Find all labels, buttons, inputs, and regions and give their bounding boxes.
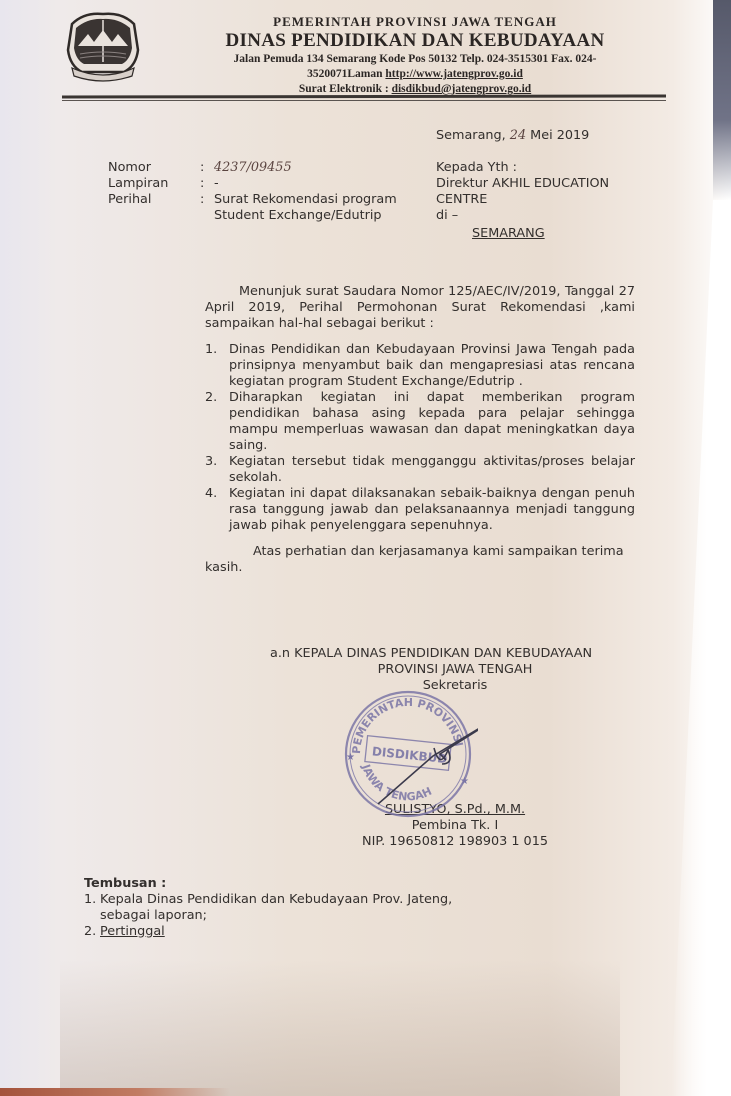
meta-row-perihal-cont: Student Exchange/Edutrip: [108, 208, 424, 224]
cc-text: Pertinggal: [100, 924, 165, 940]
list-item: 2. Diharapkan kegiatan ini dapat memberi…: [205, 390, 635, 454]
meta-label: Perihal: [108, 192, 200, 208]
signature-province: PROVINSI JAWA TENGAH: [270, 662, 640, 678]
signature-on-behalf: a.n KEPALA DINAS PENDIDIKAN DAN KEBUDAYA…: [270, 646, 640, 662]
closing-paragraph: Atas perhatian dan kerjasamanya kami sam…: [205, 544, 635, 576]
meta-sep: :: [200, 192, 214, 208]
letter-meta: Nomor : 4237/09455 Lampiran : - Perihal …: [108, 160, 424, 224]
cc-text-line2: sebagai laporan;: [100, 908, 207, 923]
letterhead-divider: [62, 94, 666, 98]
meta-value-attachment: -: [214, 176, 424, 192]
meta-row-perihal: Perihal : Surat Rekomendasi program: [108, 192, 424, 208]
meta-sep: :: [200, 176, 214, 192]
meta-row-nomor: Nomor : 4237/09455: [108, 160, 424, 176]
address-line: Jalan Pemuda 134 Semarang Kode Pos 50132…: [180, 52, 650, 67]
letterhead: PEMERINTAH PROVINSI JAWA TENGAH DINAS PE…: [180, 14, 650, 97]
cc-number: 2.: [84, 924, 100, 940]
meta-value-subject-cont: Student Exchange/Edutrip: [214, 208, 424, 224]
official-stamp-icon: PEMERINTAH PROVINSI JAWA TENGAH DISDIKBU…: [338, 684, 478, 824]
closing-text: Atas perhatian dan kerjasamanya kami sam…: [205, 544, 624, 575]
date-day-handwritten: 24: [510, 128, 526, 143]
addressee-city: SEMARANG: [472, 226, 609, 242]
svg-text:★: ★: [460, 776, 469, 787]
government-name: PEMERINTAH PROVINSI JAWA TENGAH: [180, 14, 650, 30]
list-item: 1. Kepala Dinas Pendidikan dan Kebudayaa…: [84, 892, 504, 924]
email-label: Surat Elektronik :: [299, 83, 392, 95]
point-text: Kegiatan ini dapat dilaksanakan sebaik-b…: [229, 486, 635, 534]
points-list: 1. Dinas Pendidikan dan Kebudayaan Provi…: [205, 342, 635, 534]
letter-page: PEMERINTAH PROVINSI JAWA TENGAH DINAS PE…: [0, 0, 731, 1096]
cc-number: 1.: [84, 892, 100, 924]
point-number: 1.: [205, 342, 229, 390]
point-text: Diharapkan kegiatan ini dapat memberikan…: [229, 390, 635, 454]
list-item: 1. Dinas Pendidikan dan Kebudayaan Provi…: [205, 342, 635, 390]
date-place: Semarang,: [436, 128, 506, 143]
website-link[interactable]: http://www.jatengprov.go.id: [385, 68, 522, 80]
addressee-line1: Direktur AKHIL EDUCATION: [436, 176, 609, 192]
point-text: Dinas Pendidikan dan Kebudayaan Provinsi…: [229, 342, 635, 390]
jawa-tengah-coat-of-arms-icon: [64, 10, 142, 82]
carbon-copy-section: Tembusan : 1. Kepala Dinas Pendidikan da…: [84, 876, 504, 940]
addressee-line2: CENTRE: [436, 192, 609, 208]
website-line: 3520071Laman http://www.jatengprov.go.id: [180, 67, 650, 82]
meta-row-lampiran: Lampiran : -: [108, 176, 424, 192]
email-link[interactable]: disdikbud@jatengprov.go.id: [392, 83, 532, 95]
point-number: 4.: [205, 486, 229, 534]
point-number: 3.: [205, 454, 229, 486]
addressee: Kepada Yth : Direktur AKHIL EDUCATION CE…: [436, 160, 609, 242]
meta-value-subject: Surat Rekomendasi program: [214, 192, 424, 208]
addressee-at: di –: [436, 208, 609, 224]
cc-text: Kepala Dinas Pendidikan dan Kebudayaan P…: [100, 892, 452, 924]
point-text: Kegiatan tersebut tidak mengganggu aktiv…: [229, 454, 635, 486]
meta-sep: [200, 208, 214, 224]
meta-sep: :: [200, 160, 214, 176]
list-item: 4. Kegiatan ini dapat dilaksanakan sebai…: [205, 486, 635, 534]
list-item: 2. Pertinggal: [84, 924, 504, 940]
letter-date: Semarang, 24 Mei 2019: [436, 128, 589, 144]
date-month-year: Mei 2019: [530, 128, 589, 143]
signatory-nip: NIP. 19650812 198903 1 015: [270, 834, 640, 850]
meta-label: [108, 208, 200, 224]
cc-text-line1: Kepala Dinas Pendidikan dan Kebudayaan P…: [100, 892, 452, 907]
letterhead-divider-thin: [62, 100, 666, 101]
cc-title: Tembusan :: [84, 876, 504, 892]
addressee-greeting: Kepada Yth :: [436, 160, 609, 176]
point-number: 2.: [205, 390, 229, 454]
phone-fax-suffix: 3520071Laman: [307, 68, 385, 80]
meta-label: Nomor: [108, 160, 200, 176]
opening-paragraph: Menunjuk surat Saudara Nomor 125/AEC/IV/…: [205, 284, 635, 332]
opening-text: Menunjuk surat Saudara Nomor 125/AEC/IV/…: [205, 284, 635, 331]
svg-text:★: ★: [346, 752, 355, 763]
meta-label: Lampiran: [108, 176, 200, 192]
department-name: DINAS PENDIDIKAN DAN KEBUDAYAAN: [180, 30, 650, 52]
meta-value-number: 4237/09455: [214, 160, 424, 176]
list-item: 3. Kegiatan tersebut tidak mengganggu ak…: [205, 454, 635, 486]
